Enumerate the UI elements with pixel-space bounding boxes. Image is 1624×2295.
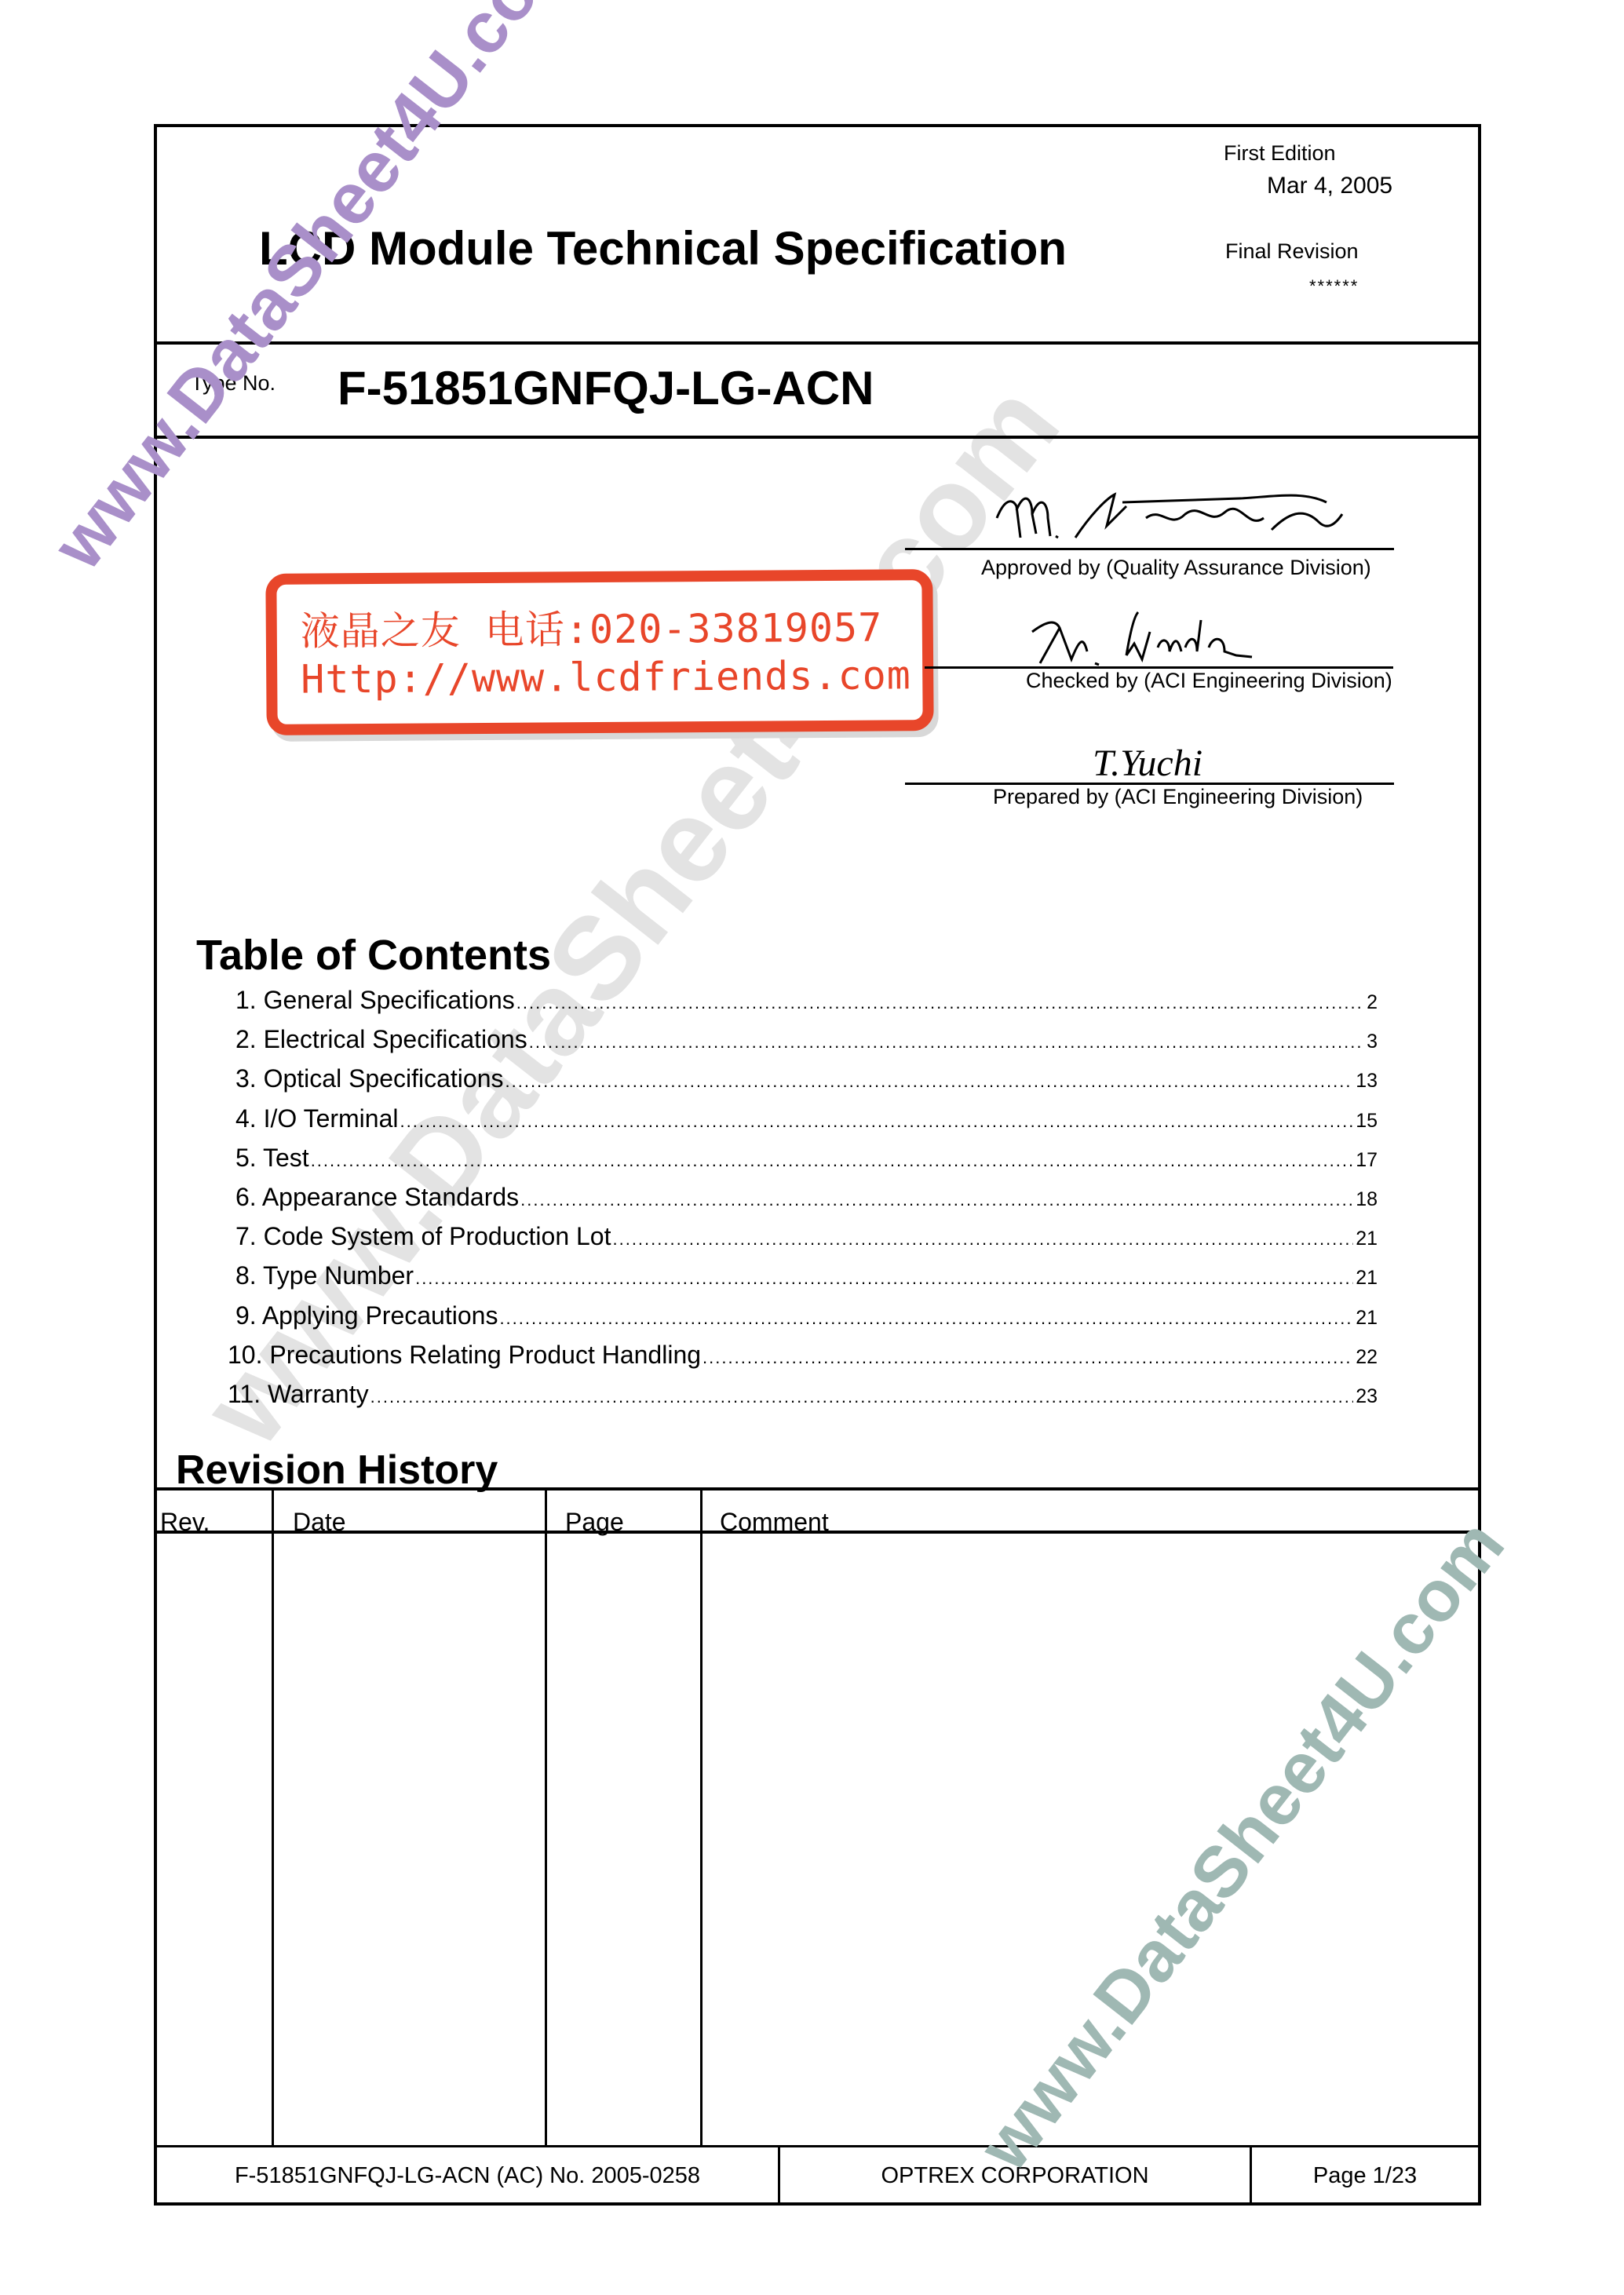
signature-prepared: T.Yuchi — [1093, 742, 1202, 785]
lcdfriends-stamp: 液晶之友 电话:020-33819057 Http://www.lcdfrien… — [265, 569, 933, 735]
first-edition-date: Mar 4, 2005 — [1267, 173, 1392, 199]
toc-leader-dots: ........................................… — [520, 1190, 1353, 1210]
toc-item[interactable]: 4. I/O Terminal.........................… — [235, 1104, 1378, 1144]
revision-col-rev: Rev. — [160, 1508, 210, 1537]
toc-item[interactable]: 7. Code System of Production Lot........… — [235, 1222, 1378, 1261]
toc-leader-dots: ........................................… — [703, 1348, 1353, 1368]
revision-table-top — [154, 1487, 1481, 1490]
stamp-line-2: Http://www.lcdfriends.com — [301, 652, 911, 702]
toc-item-page: 22 — [1353, 1346, 1378, 1369]
toc-leader-dots: ........................................… — [370, 1387, 1354, 1407]
toc-item-page: 3 — [1364, 1031, 1378, 1053]
toc-item-page: 2 — [1364, 991, 1378, 1014]
toc-leader-dots: ........................................… — [516, 993, 1364, 1013]
toc-leader-dots: ........................................… — [505, 1071, 1354, 1092]
toc-item-label: 4. I/O Terminal — [235, 1104, 400, 1133]
toc-leader-dots: ........................................… — [400, 1111, 1353, 1132]
toc-title: Table of Contents — [196, 931, 551, 980]
toc-item-label: 6. Appearance Standards — [235, 1183, 520, 1212]
toc-item-label: 7. Code System of Production Lot — [235, 1222, 612, 1251]
toc-item-page: 13 — [1353, 1070, 1378, 1093]
final-revision-label: Final Revision — [1225, 239, 1359, 264]
toc-item-label: 1. General Specifications — [235, 986, 516, 1015]
signature-checked — [1024, 608, 1307, 667]
approved-caption: Approved by (Quality Assurance Division) — [981, 556, 1371, 580]
checked-caption: Checked by (ACI Engineering Division) — [1026, 669, 1392, 693]
toc-leader-dots: ........................................… — [529, 1032, 1364, 1053]
toc-item-page: 23 — [1353, 1385, 1378, 1408]
toc-item[interactable]: 11. Warranty............................… — [228, 1380, 1378, 1419]
revision-col-page: Page — [565, 1508, 624, 1537]
toc-list: 1. General Specifications...............… — [235, 986, 1378, 1419]
toc-leader-dots: ........................................… — [311, 1151, 1354, 1171]
toc-item-page: 18 — [1353, 1188, 1378, 1211]
document-title: LCD Module Technical Specification — [259, 221, 1067, 275]
signature-approved — [989, 483, 1358, 545]
footer-page-number: Page 1/23 — [1252, 2147, 1478, 2206]
toc-item-label: 2. Electrical Specifications — [235, 1025, 529, 1054]
toc-item-page: 17 — [1353, 1149, 1378, 1172]
toc-item[interactable]: 10. Precautions Relating Product Handlin… — [228, 1341, 1378, 1380]
toc-item-label: 3. Optical Specifications — [235, 1064, 505, 1093]
toc-item[interactable]: 9. Applying Precautions.................… — [235, 1301, 1378, 1341]
toc-leader-dots: ........................................… — [499, 1308, 1353, 1329]
revision-col-date: Date — [293, 1508, 346, 1537]
toc-leader-dots: ........................................… — [415, 1268, 1353, 1289]
approved-line — [905, 548, 1394, 550]
toc-item[interactable]: 5. Test.................................… — [235, 1144, 1378, 1183]
toc-leader-dots: ........................................… — [612, 1229, 1353, 1250]
header-divider — [154, 341, 1481, 345]
toc-item-label: 11. Warranty — [228, 1380, 370, 1409]
toc-item[interactable]: 3. Optical Specifications...............… — [235, 1064, 1378, 1104]
toc-item[interactable]: 6. Appearance Standards.................… — [235, 1183, 1378, 1222]
first-edition-label: First Edition — [1224, 141, 1336, 166]
toc-item-label: 10. Precautions Relating Product Handlin… — [228, 1341, 703, 1370]
type-no-value: F-51851GNFQJ-LG-ACN — [338, 361, 874, 415]
toc-item-page: 15 — [1353, 1110, 1378, 1133]
toc-item[interactable]: 1. General Specifications...............… — [235, 986, 1378, 1025]
footer-company: OPTREX CORPORATION — [780, 2147, 1250, 2206]
toc-item-page: 21 — [1353, 1228, 1378, 1250]
revision-history-title: Revision History — [176, 1447, 498, 1494]
toc-item-page: 21 — [1353, 1267, 1378, 1290]
toc-item[interactable]: 2. Electrical Specifications............… — [235, 1025, 1378, 1064]
final-revision-value: ****** — [1309, 276, 1359, 297]
type-no-label: Type No. — [191, 371, 276, 396]
revision-table-body — [157, 1534, 1478, 2145]
toc-item-label: 9. Applying Precautions — [235, 1301, 499, 1330]
prepared-caption: Prepared by (ACI Engineering Division) — [993, 785, 1363, 809]
toc-item-label: 5. Test — [235, 1144, 311, 1173]
toc-item[interactable]: 8. Type Number..........................… — [235, 1261, 1378, 1301]
toc-item-page: 21 — [1353, 1307, 1378, 1330]
stamp-line-1: 液晶之友 电话:020-33819057 — [301, 596, 883, 656]
toc-item-label: 8. Type Number — [235, 1261, 415, 1290]
footer-doc-id: F-51851GNFQJ-LG-ACN (AC) No. 2005-0258 — [157, 2147, 778, 2206]
typeno-divider — [154, 436, 1481, 439]
revision-col-comment: Comment — [720, 1508, 829, 1537]
